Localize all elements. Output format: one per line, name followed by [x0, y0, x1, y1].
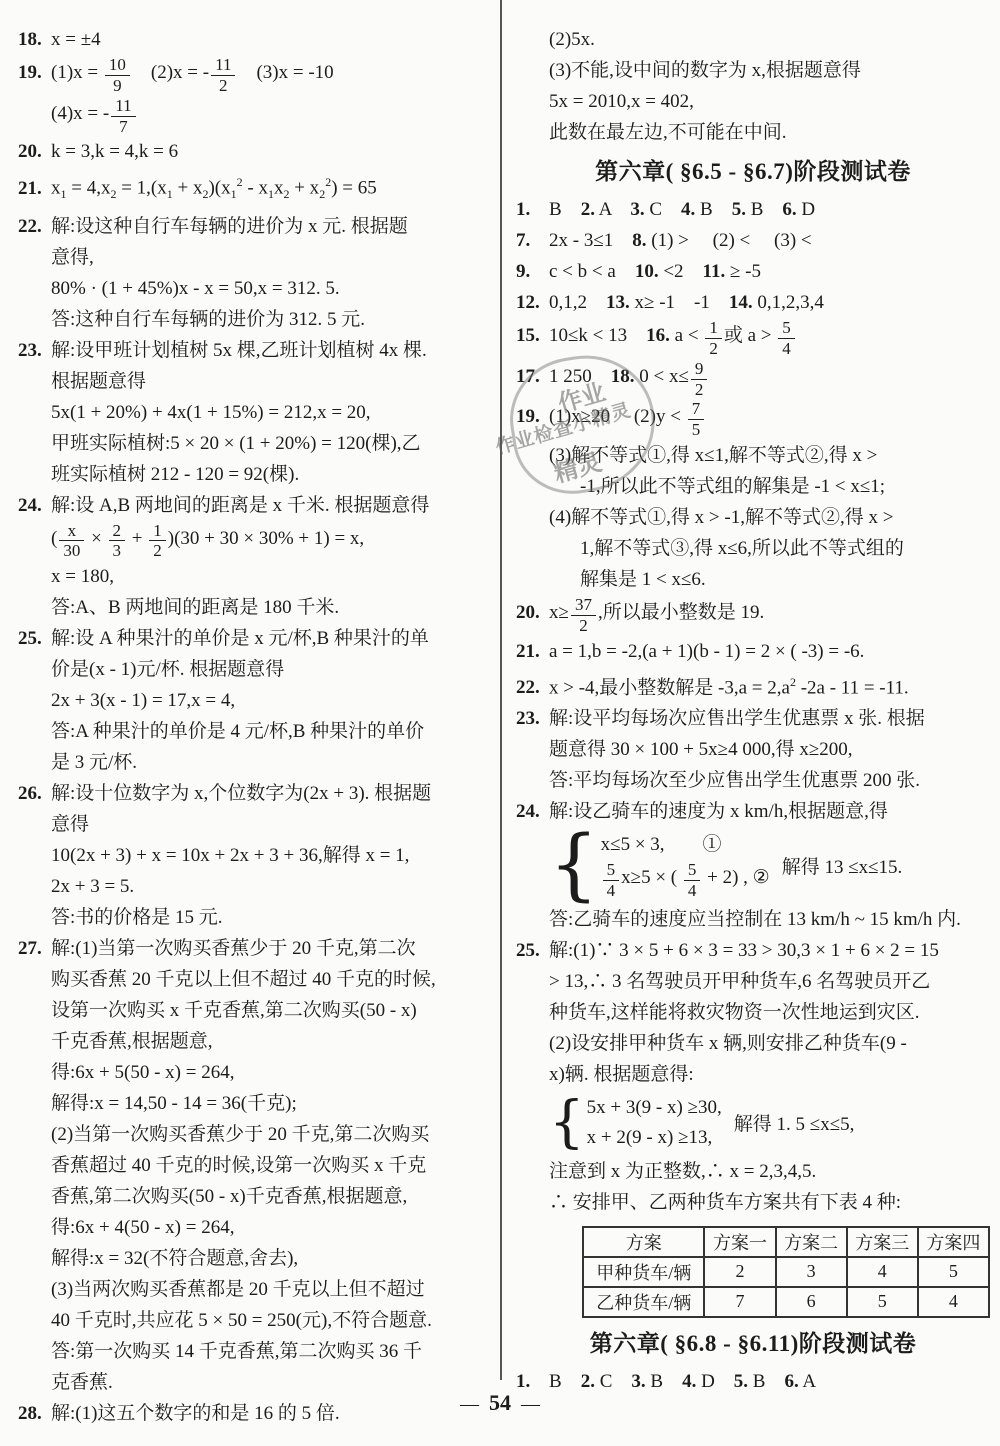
equation-system: {5x + 3(9 - x) ≥30,x + 2(9 - x) ≥13,解得 1… — [549, 1093, 990, 1153]
text-line: 20.k = 3,k = 4,k = 6 — [18, 136, 492, 167]
text-line: x)辆. 根据题意得: — [516, 1059, 990, 1090]
text-line: 17.1 250 18. 0 < x≤92 — [516, 359, 990, 400]
item-number: 21. — [18, 173, 51, 204]
text-line: 甲班实际植树:5 × 20 × (1 + 20%) = 120(棵),乙 — [18, 428, 492, 459]
fraction: 92 — [691, 360, 708, 399]
page-footer: —54— — [0, 1390, 1000, 1416]
text-line: 种货车,这样能将救灾物资一次性地运到灾区. — [516, 997, 990, 1028]
text-line: (3)当两次购买香蕉都是 20 千克以上但不超过 — [18, 1274, 492, 1305]
table-row: 甲种货车/辆2345 — [583, 1257, 989, 1287]
system-solution-note: 解得 13 ≤x≤15. — [782, 852, 903, 879]
text-line: 19.(1)x≥20 (2)y < 75 — [516, 399, 990, 440]
text-line: (2)5x. — [516, 24, 990, 55]
item-number: 22. — [18, 211, 51, 242]
text-line: 23.解:设甲班计划植树 5x 棵,乙班计划植树 4x 棵. — [18, 335, 492, 366]
subscript: 1 — [61, 188, 67, 202]
text-line: 5x = 2010,x = 402, — [516, 86, 990, 117]
fraction: 54 — [603, 861, 620, 900]
equation-row: x + 2(9 - x) ≥13, — [587, 1123, 722, 1153]
item-number: 19. — [18, 57, 51, 88]
equation-rows: 5x + 3(9 - x) ≥30,x + 2(9 - x) ≥13, — [587, 1093, 722, 1153]
item-number: 4. — [682, 1371, 696, 1392]
item-number: 18. — [611, 366, 635, 387]
text-line: 7.2x - 3≤1 8. (1) > (2) < (3) < — [516, 225, 990, 256]
text-line: 2x + 3(x - 1) = 17,x = 4, — [18, 685, 492, 716]
item-number: 4. — [681, 199, 695, 220]
item-number: 15. — [516, 320, 549, 351]
item-number: 8. — [632, 230, 646, 251]
table-cell: 4 — [847, 1257, 918, 1287]
text-line: (4)解不等式①,得 x > -1,解不等式②,得 x > — [516, 502, 990, 533]
brace-icon: { — [549, 1098, 585, 1148]
equation-system: {x≤5 × 3, ①54x≥5 × ( 54 + 2) , ②解得 13 ≤x… — [549, 830, 990, 901]
text-line: 设第一次购买 x 千克香蕉,第二次购买(50 - x) — [18, 995, 492, 1026]
item-number: 17. — [516, 361, 549, 392]
fraction: 23 — [109, 522, 126, 561]
item-number: 22. — [516, 672, 549, 703]
fraction: 372 — [571, 596, 596, 635]
text-line: 此数在最左边,不可能在中间. — [516, 117, 990, 148]
item-number: 13. — [606, 292, 630, 313]
item-number: 5. — [732, 199, 746, 220]
text-line: 26.解:设十位数字为 x,个位数字为(2x + 3). 根据题 — [18, 778, 492, 809]
fraction: 54 — [778, 319, 795, 358]
text-line: x = 180, — [18, 561, 492, 592]
item-number: 1. — [516, 194, 549, 225]
text-line: 25.解:设 A 种果汁的单价是 x 元/杯,B 种果汁的单 — [18, 623, 492, 654]
text-line: 答:A、B 两地间的距离是 180 千米. — [18, 592, 492, 623]
text-line: 80% · (1 + 45%)x - x = 50,x = 312. 5. — [18, 273, 492, 304]
table-cell: 3 — [776, 1257, 847, 1287]
right-column: (2)5x.(3)不能,设中间的数字为 x,根据题意得5x = 2010,x =… — [516, 24, 990, 1397]
text-line: 千克香蕉,根据题意, — [18, 1026, 492, 1057]
section-heading: 第六章( §6.8 - §6.11)阶段测试卷 — [516, 1324, 990, 1364]
table-row: 乙种货车/辆7654 — [583, 1287, 989, 1317]
subscript: 1 — [231, 188, 237, 202]
text-line: 9.c < b < a 10. <2 11. ≥ -5 — [516, 256, 990, 287]
text-line: 10(2x + 3) + x = 10x + 2x + 3 + 36,解得 x … — [18, 840, 492, 871]
table-header-cell: 方案四 — [918, 1227, 989, 1257]
fraction: 117 — [111, 97, 135, 136]
table-header-cell: 方案三 — [847, 1227, 918, 1257]
item-number: 21. — [516, 636, 549, 667]
subscript: 2 — [202, 188, 208, 202]
text-line: 12.0,1,2 13. x≥ -1 -1 14. 0,1,2,3,4 — [516, 287, 990, 318]
answer-table: 方案方案一方案二方案三方案四甲种货车/辆2345乙种货车/辆7654 — [582, 1226, 990, 1318]
table-cell: 5 — [918, 1257, 989, 1287]
text-line: 22.解:设这种自行车每辆的进价为 x 元. 根据题 — [18, 211, 492, 242]
text-line: 答:这种自行车每辆的进价为 312. 5 元. — [18, 304, 492, 335]
text-line: (x30 × 23 + 12)(30 + 30 × 30% + 1) = x, — [18, 521, 492, 562]
item-number: 20. — [18, 136, 51, 167]
text-line: 23.解:设平均每场次应售出学生优惠票 x 张. 根据 — [516, 703, 990, 734]
fraction: 54 — [684, 861, 701, 900]
text-line: 答:第一次购买 14 千克香蕉,第二次购买 36 千 — [18, 1336, 492, 1367]
text-line: 购买香蕉 20 千克以上但不超过 40 千克的时候, — [18, 964, 492, 995]
table-header-cell: 方案 — [583, 1227, 704, 1257]
text-line: ∴ 安排甲、乙两种货车方案共有下表 4 种: — [516, 1187, 990, 1218]
text-line: 20.x≥372,所以最小整数是 19. — [516, 595, 990, 636]
text-line: (2)当第一次购买香蕉少于 20 千克,第二次购买 — [18, 1119, 492, 1150]
section-heading: 第六章( §6.5 - §6.7)阶段测试卷 — [516, 152, 990, 192]
text-line: 1,解不等式③,得 x≤6,所以此不等式组的 — [516, 533, 990, 564]
page-number: 54 — [489, 1390, 511, 1415]
equation-row: 54x≥5 × ( 54 + 2) , ② — [601, 860, 770, 901]
fraction: 75 — [688, 400, 705, 439]
table-cell: 6 — [776, 1287, 847, 1317]
text-line: -1,所以此不等式组的解集是 -1 < x≤1; — [516, 471, 990, 502]
text-line: 22.x > -4,最小整数解是 -3,a = 2,a2 -2a - 11 = … — [516, 667, 990, 703]
subscript: 1 — [268, 188, 274, 202]
item-number: 19. — [516, 401, 549, 432]
footer-dash-left: — — [460, 1394, 479, 1415]
text-line: 解得:x = 14,50 - 14 = 36(千克); — [18, 1088, 492, 1119]
text-line: 25.解:(1)∵ 3 × 5 + 6 × 3 = 33 > 30,3 × 1 … — [516, 935, 990, 966]
text-line: 价是(x - 1)元/杯. 根据题意得 — [18, 654, 492, 685]
subscript: 2 — [283, 188, 289, 202]
item-number: 6. — [782, 199, 796, 220]
text-line: 15.10≤k < 13 16. a < 12或 a > 54 — [516, 318, 990, 359]
column-divider — [500, 0, 502, 1380]
equation-row: x≤5 × 3, ① — [601, 830, 770, 860]
item-number: 23. — [516, 703, 549, 734]
text-line: 2x + 3 = 5. — [18, 871, 492, 902]
table-row: 方案方案一方案二方案三方案四 — [583, 1227, 989, 1257]
text-line: 24.解:设 A,B 两地间的距离是 x 千米. 根据题意得 — [18, 490, 492, 521]
text-line: 得:6x + 4(50 - x) = 264, — [18, 1212, 492, 1243]
item-number: 24. — [516, 796, 549, 827]
item-number: 6. — [784, 1371, 798, 1392]
superscript: 2 — [237, 175, 243, 189]
item-number: 25. — [18, 623, 51, 654]
item-number: 16. — [646, 325, 670, 346]
text-line: 答:平均每场次至少应售出学生优惠票 200 张. — [516, 765, 990, 796]
text-line: 班实际植树 212 - 120 = 92(棵). — [18, 459, 492, 490]
text-line: 18.x = ±4 — [18, 24, 492, 55]
subscript: 2 — [110, 188, 116, 202]
item-number: 10. — [635, 261, 659, 282]
footer-dash-right: — — [521, 1394, 540, 1415]
subscript: 2 — [319, 188, 325, 202]
equation-row: 5x + 3(9 - x) ≥30, — [587, 1093, 722, 1123]
table-cell: 2 — [704, 1257, 775, 1287]
item-number: 23. — [18, 335, 51, 366]
text-line: (3)不能,设中间的数字为 x,根据题意得 — [516, 55, 990, 86]
text-line: 根据题意得 — [18, 366, 492, 397]
item-number: 18. — [18, 24, 51, 55]
fraction: 12 — [705, 319, 722, 358]
item-number: 3. — [630, 199, 644, 220]
item-number: 25. — [516, 935, 549, 966]
table-header-cell: 方案二 — [776, 1227, 847, 1257]
text-line: 答:乙骑车的速度应当控制在 13 km/h ~ 15 km/h 内. — [516, 904, 990, 935]
item-number: 26. — [18, 778, 51, 809]
subscript: 1 — [167, 188, 173, 202]
text-line: 答:书的价格是 15 元. — [18, 902, 492, 933]
fraction: x30 — [59, 522, 84, 561]
text-line: 得:6x + 5(50 - x) = 264, — [18, 1057, 492, 1088]
equation-rows: x≤5 × 3, ①54x≥5 × ( 54 + 2) , ② — [601, 830, 770, 901]
text-line: 21.a = 1,b = -2,(a + 1)(b - 1) = 2 × ( -… — [516, 636, 990, 667]
text-line: 5x(1 + 20%) + 4x(1 + 15%) = 212,x = 20, — [18, 397, 492, 428]
text-line: 解得:x = 32(不符合题意,舍去), — [18, 1243, 492, 1274]
text-line: 19.(1)x = 109 (2)x = -112 (3)x = -10 — [18, 55, 492, 96]
table-cell: 5 — [847, 1287, 918, 1317]
text-line: 意得 — [18, 809, 492, 840]
text-line: (2)设安排甲种货车 x 辆,则安排乙种货车(9 - — [516, 1028, 990, 1059]
table-cell: 乙种货车/辆 — [583, 1287, 704, 1317]
item-number: 5. — [734, 1371, 748, 1392]
text-line: 意得, — [18, 242, 492, 273]
text-line: 40 千克时,共应花 5 × 50 = 250(元),不符合题意. — [18, 1305, 492, 1336]
text-line: (3)解不等式①,得 x≤1,解不等式②,得 x > — [516, 440, 990, 471]
item-number: 7. — [516, 225, 549, 256]
fraction: 12 — [149, 522, 166, 561]
item-number: 2. — [581, 1371, 595, 1392]
text-line: (4)x = -117 — [18, 96, 492, 137]
item-number: 12. — [516, 287, 549, 318]
table-cell: 4 — [918, 1287, 989, 1317]
text-line: 香蕉,第二次购买(50 - x)千克香蕉,根据题意, — [18, 1181, 492, 1212]
item-number: 2. — [581, 199, 595, 220]
system-solution-note: 解得 1. 5 ≤x≤5, — [734, 1109, 855, 1136]
text-line: 是 3 元/杯. — [18, 747, 492, 778]
fraction: 109 — [105, 56, 130, 95]
text-line: > 13,∴ 3 名驾驶员开甲种货车,6 名驾驶员开乙 — [516, 966, 990, 997]
text-line: 解集是 1 < x≤6. — [516, 564, 990, 595]
item-number: 3. — [631, 1371, 645, 1392]
item-number: 11. — [703, 261, 726, 282]
item-number: 27. — [18, 933, 51, 964]
table-header-cell: 方案一 — [704, 1227, 775, 1257]
item-number: 14. — [729, 292, 753, 313]
text-line: 香蕉超过 40 千克的时候,设第一次购买 x 千克 — [18, 1150, 492, 1181]
table-cell: 甲种货车/辆 — [583, 1257, 704, 1287]
text-line: 题意得 30 × 100 + 5x≥4 000,得 x≥200, — [516, 734, 990, 765]
fraction: 112 — [211, 56, 235, 95]
superscript: 2 — [790, 675, 796, 689]
text-line: 27.解:(1)当第一次购买香蕉少于 20 千克,第二次 — [18, 933, 492, 964]
superscript: 2 — [325, 175, 331, 189]
text-line: 注意到 x 为正整数,∴ x = 2,3,4,5. — [516, 1156, 990, 1187]
text-line: 答:A 种果汁的单价是 4 元/杯,B 种果汁的单价 — [18, 716, 492, 747]
left-column: 18.x = ±419.(1)x = 109 (2)x = -112 (3)x … — [18, 24, 492, 1429]
brace-icon: { — [549, 830, 599, 900]
text-line: 1.B 2. A 3. C 4. B 5. B 6. D — [516, 194, 990, 225]
item-number: 20. — [516, 597, 549, 628]
item-number: 9. — [516, 256, 549, 287]
table-cell: 7 — [704, 1287, 775, 1317]
item-number: 24. — [18, 490, 51, 521]
text-line: 21.x1 = 4,x2 = 1,(x1 + x2)(x12 - x1x2 + … — [18, 167, 492, 210]
